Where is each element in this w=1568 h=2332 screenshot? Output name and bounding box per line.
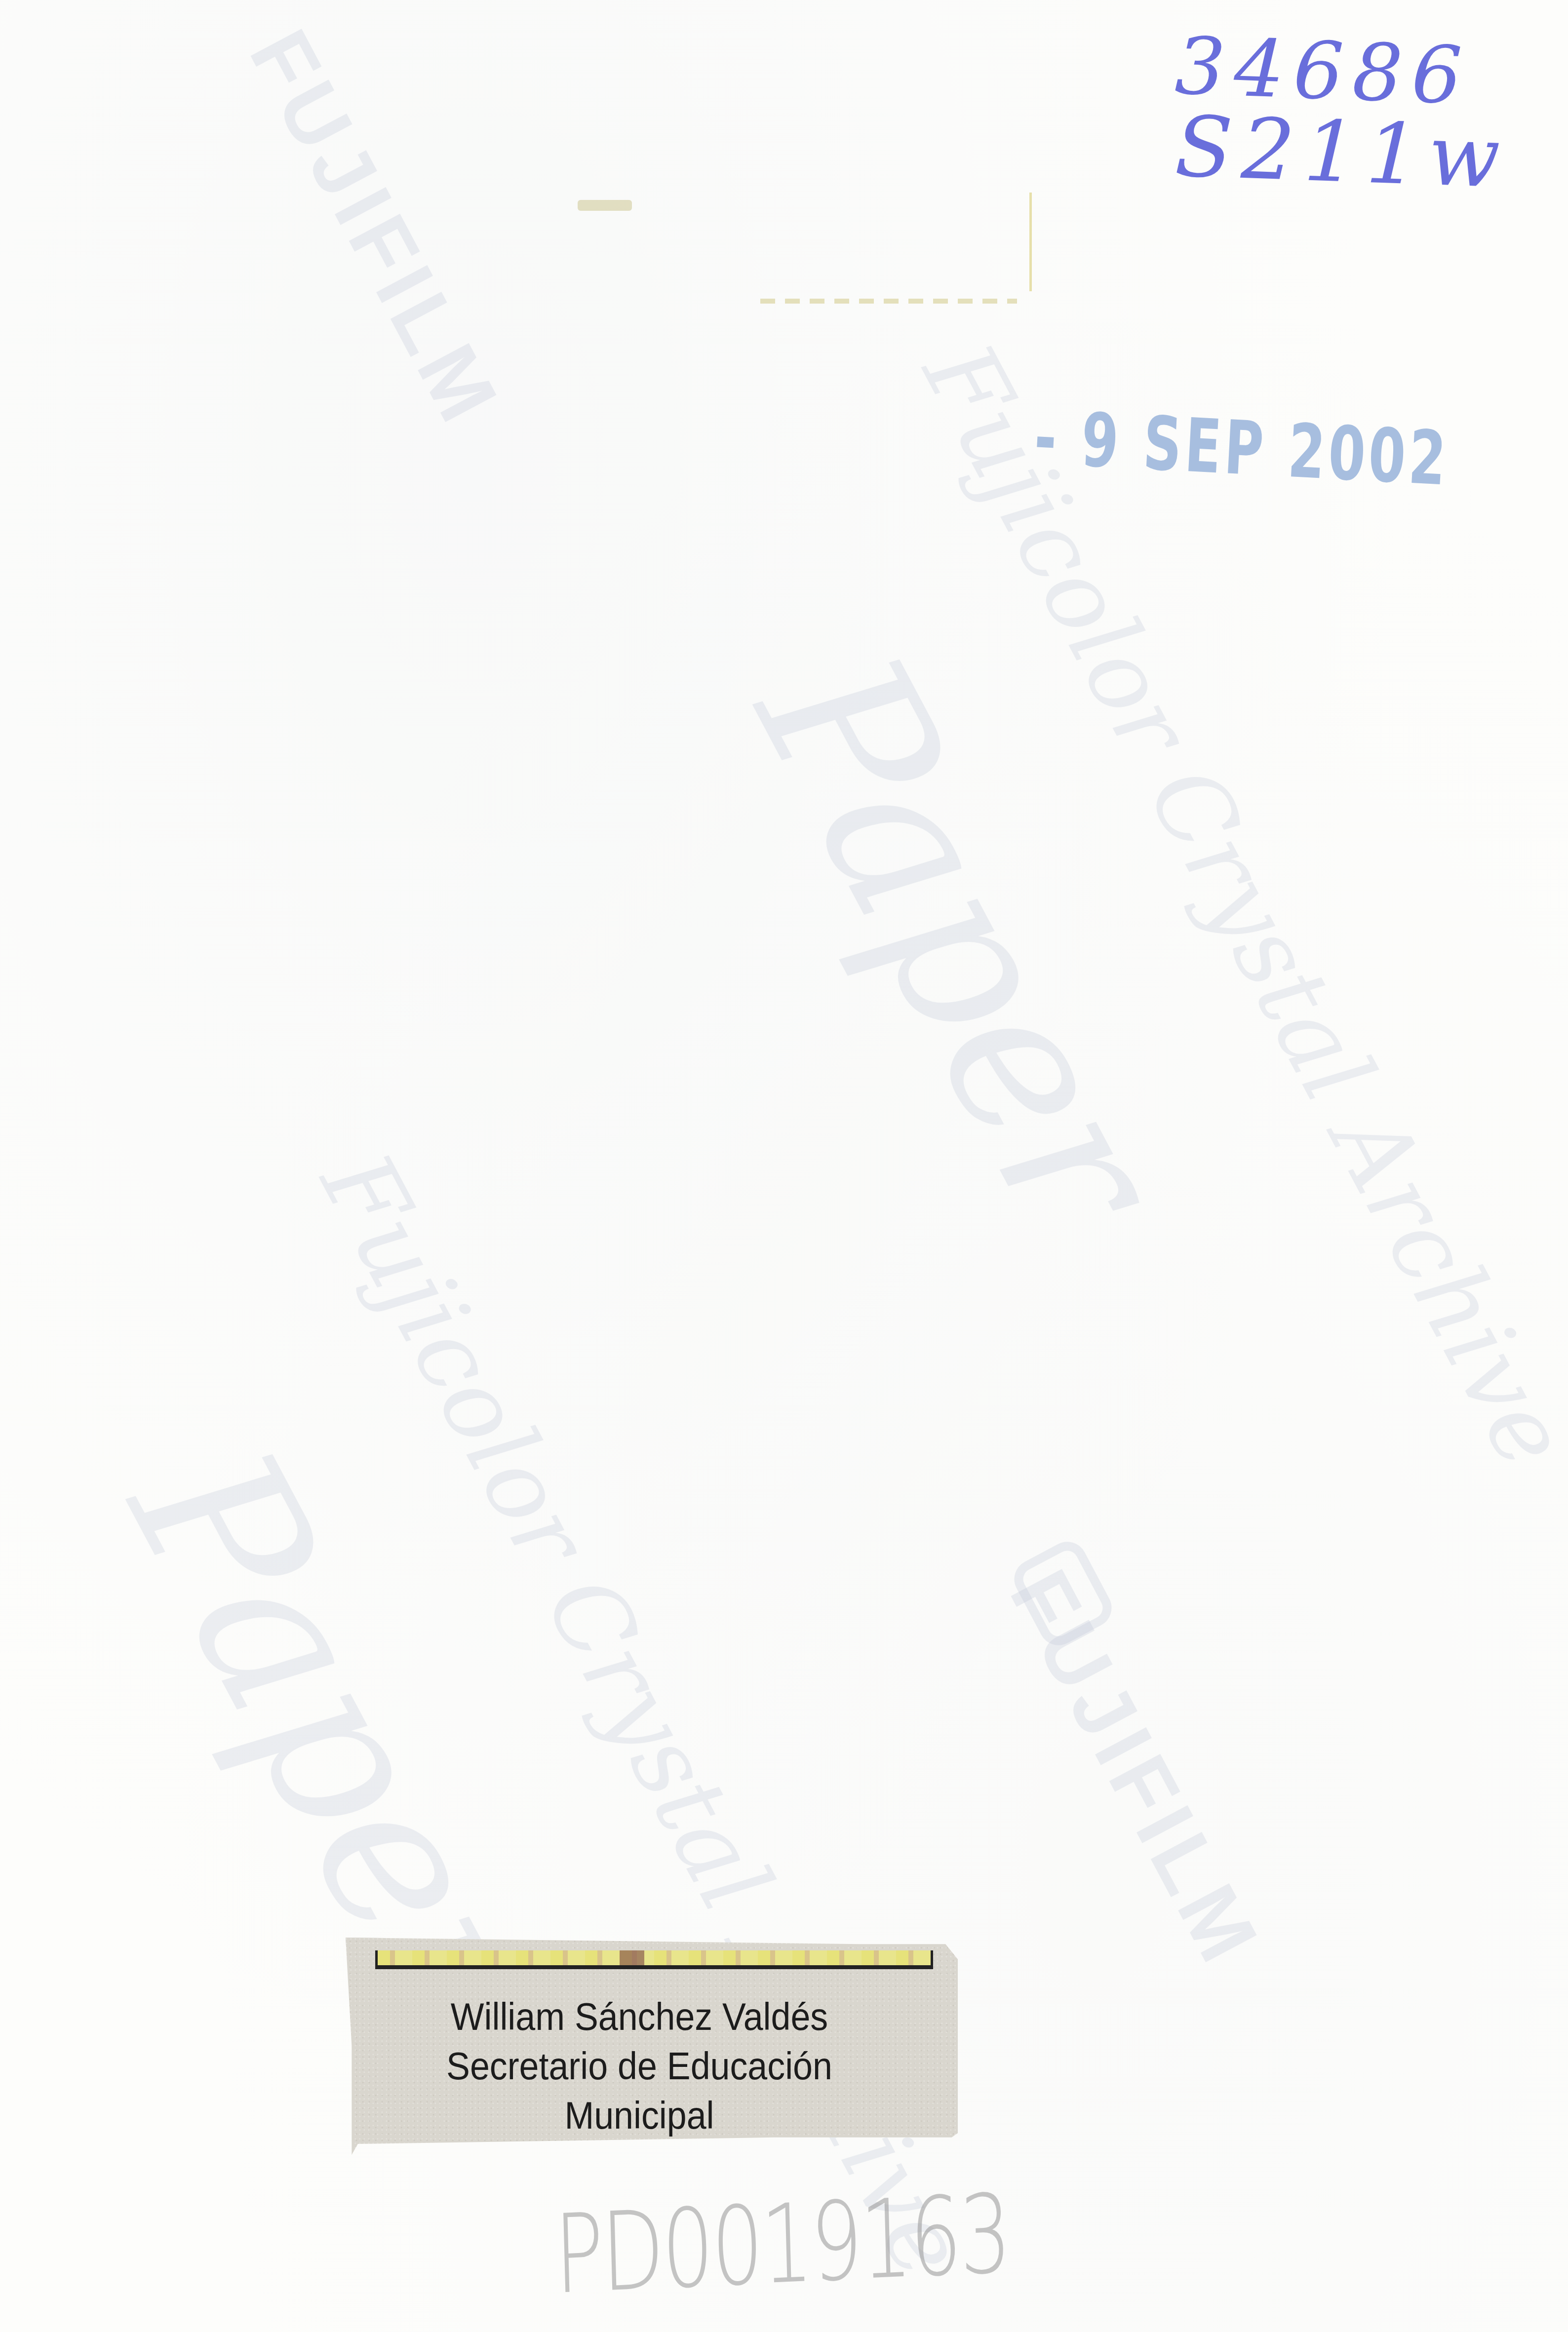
handwritten-archive-code: S211w bbox=[1174, 98, 1511, 207]
clipping-photo-edge-mark bbox=[620, 1950, 644, 1965]
adhesive-stain-vertical bbox=[1029, 193, 1032, 291]
caption-title: Secretario de Educación bbox=[369, 2041, 910, 2091]
adhesive-stain-line bbox=[760, 299, 1017, 304]
newspaper-clipping: William Sánchez Valdés Secretario de Edu… bbox=[346, 1938, 958, 2155]
adhesive-stain bbox=[578, 200, 632, 211]
clipping-photo-edge bbox=[375, 1950, 933, 1969]
caption-name: William Sánchez Valdés bbox=[369, 1992, 910, 2041]
caption-text: William Sánchez Valdés Secretario de Edu… bbox=[369, 1992, 910, 2140]
caption-title-cont: Municipal bbox=[369, 2091, 910, 2140]
pencil-catalog-number: PD0019163 bbox=[553, 2171, 1011, 2318]
